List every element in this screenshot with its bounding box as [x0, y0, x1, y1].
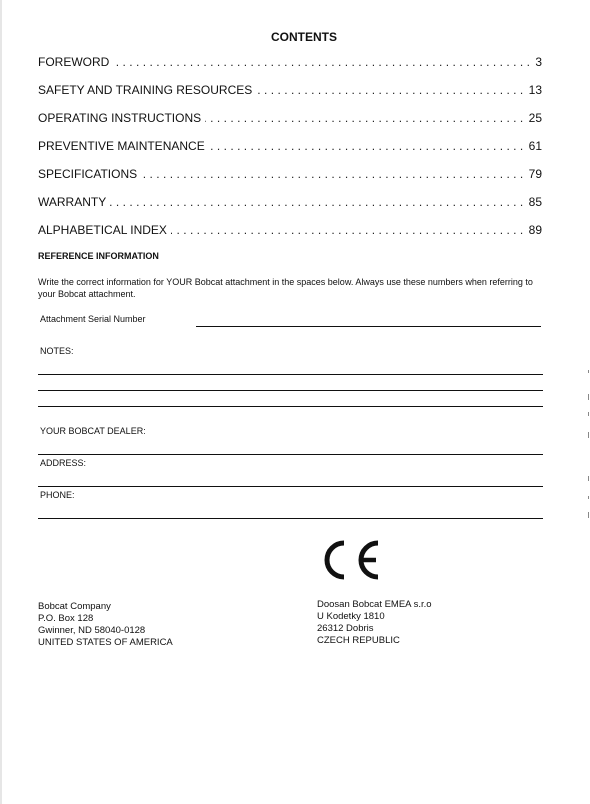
address-label: ADDRESS: [40, 458, 86, 468]
leader-dots: ........................................… [110, 195, 526, 209]
page-edge [0, 0, 2, 804]
leader-dots: ........................................… [113, 55, 533, 69]
phone-field[interactable] [38, 518, 543, 519]
leader-dots: ........................................… [209, 139, 527, 153]
notes-line[interactable] [38, 390, 543, 391]
table-of-contents: FOREWORD................................… [38, 55, 542, 251]
serial-number-field[interactable] [196, 326, 541, 327]
reference-heading: REFERENCE INFORMATION [38, 251, 159, 261]
emea-address: Doosan Bobcat EMEA s.r.o U Kodetky 1810 … [317, 599, 432, 647]
leader-dots: ........................................… [256, 83, 526, 97]
us-address: Bobcat Company P.O. Box 128 Gwinner, ND … [38, 601, 173, 649]
serial-number-label: Attachment Serial Number [40, 314, 146, 324]
dealer-label: YOUR BOBCAT DEALER: [40, 426, 146, 436]
leader-dots: ........................................… [171, 223, 527, 237]
notes-label: NOTES: [40, 346, 74, 356]
toc-entry[interactable]: SPECIFICATIONS..........................… [38, 167, 542, 195]
toc-entry[interactable]: WARRANTY................................… [38, 195, 542, 223]
toc-entry[interactable]: FOREWORD................................… [38, 55, 542, 83]
toc-entry[interactable]: SAFETY AND TRAINING RESOURCES...........… [38, 83, 542, 111]
dealer-field[interactable] [38, 454, 543, 455]
leader-dots: ........................................… [141, 167, 527, 181]
toc-entry[interactable]: ALPHABETICAL INDEX......................… [38, 223, 542, 251]
ce-mark-icon [318, 535, 388, 585]
notes-line[interactable] [38, 374, 543, 375]
address-field[interactable] [38, 486, 543, 487]
reference-instructions: Write the correct information for YOUR B… [38, 276, 548, 300]
phone-label: PHONE: [40, 490, 75, 500]
toc-entry[interactable]: PREVENTIVE MAINTENANCE..................… [38, 139, 542, 167]
contents-title: CONTENTS [0, 30, 590, 44]
leader-dots: ........................................… [205, 111, 527, 125]
notes-line[interactable] [38, 406, 543, 407]
toc-entry[interactable]: OPERATING INSTRUCTIONS..................… [38, 111, 542, 139]
